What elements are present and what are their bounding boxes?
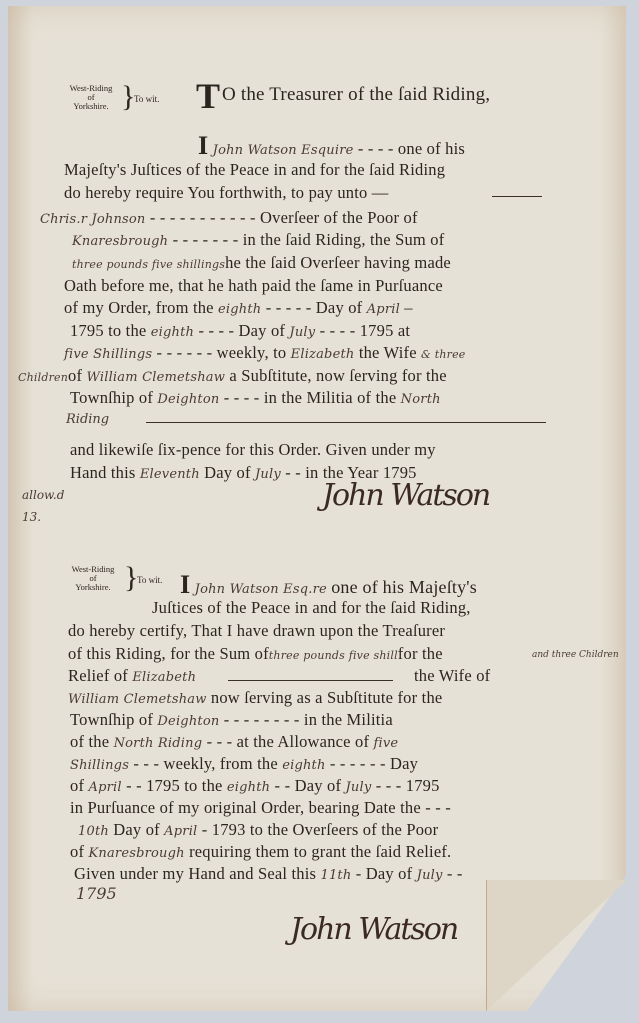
printed-text: Hand this [70, 463, 136, 482]
handwritten-place: Knaresbrough [88, 846, 184, 861]
handwritten-riding: Riding [66, 412, 109, 427]
text-line: Given under my Hand and Seal this 11th -… [74, 864, 463, 884]
printed-text: he the ſaid Overſeer having made [225, 253, 451, 272]
handwritten-name: William Clemetshaw [87, 370, 226, 385]
printed-text: Townſhip of [70, 388, 153, 407]
drop-cap-i: I [198, 131, 208, 160]
printed-text: - Day of [356, 864, 413, 883]
handwritten-allowance: five [374, 736, 399, 751]
margin-note: allow.d 13. [22, 484, 64, 528]
signature: John Watson [290, 912, 457, 947]
printed-text: the Wife [359, 343, 417, 362]
text-line: Riding [66, 410, 109, 428]
printed-text: for the [398, 644, 443, 663]
handwritten-month: July [345, 780, 371, 795]
handwritten-date: 11th [320, 868, 351, 883]
handwritten-name: Elizabeth [132, 670, 196, 685]
printed-text: - - - - Day of [198, 321, 285, 340]
drop-cap: T [196, 80, 220, 112]
text-line: Childrenof William Clemetshaw a Subſtitu… [18, 366, 447, 386]
printed-text: - - - - - - - - - - - Overſeer of the Po… [150, 208, 418, 227]
printed-text: Townſhip of [70, 710, 153, 729]
handwritten-year: 1795 [76, 884, 117, 903]
text-line: of April - - 1795 to the eighth - - Day … [70, 776, 440, 796]
blank-rule [146, 422, 546, 423]
handwritten-sum: three pounds five shill [269, 649, 398, 662]
printed-text: of the [70, 732, 109, 751]
text-line: Townſhip of Deighton - - - - - - - - in … [70, 710, 393, 730]
printed-text: - - - at the Allowance of [207, 732, 370, 751]
text-line: 10th Day of April - 1793 to the Overſeer… [78, 820, 438, 840]
handwritten-allowance: five Shillings [64, 347, 152, 362]
handwritten-date: Eleventh [140, 467, 200, 482]
text-line: Juſtices of the Peace in and for the ſai… [152, 598, 471, 618]
jurisdiction-block: West-Riding of Yorkshire. [60, 84, 122, 111]
printed-text: of this Riding, for the Sum of [68, 644, 269, 663]
signature: John Watson [322, 478, 489, 513]
text-line: Knaresbrough - - - - - - - in the ſaid R… [72, 230, 444, 250]
handwritten-name: William Clemetshaw [68, 692, 207, 707]
printed-text: – [404, 298, 412, 317]
handwritten-riding: North [401, 392, 441, 407]
handwritten-place: Deighton [157, 714, 219, 729]
text-line: 1795 to the eighth - - - - Day of July -… [70, 321, 410, 341]
handwritten-month: July [255, 467, 281, 482]
handwritten-date: 10th [78, 824, 109, 839]
printed-text: of my Order, from the [64, 298, 214, 317]
text-line: I John Watson Esq.re one of his Majeſty'… [180, 573, 477, 598]
handwritten-date: eighth [218, 302, 261, 317]
printed-text: Given under my Hand and Seal this [74, 864, 316, 883]
handwritten-date: eighth [282, 758, 325, 773]
printed-text: 1795 to the [70, 321, 146, 340]
jurisdiction-block: West-Riding of Yorkshire. [62, 565, 124, 592]
to-wit-label: To wit. [137, 575, 162, 585]
text-line: of the North Riding - - - at the Allowan… [70, 732, 398, 752]
printed-text: - - - - in the Militia of the [224, 388, 397, 407]
printed-text: - - - - 1795 at [320, 321, 411, 340]
text-line: the Wife of [414, 666, 490, 686]
printed-text: a Subſtitute, now ſerving for the [229, 366, 446, 385]
text-line: and likewiſe ſix-pence for this Order. G… [70, 440, 436, 460]
printed-text: - - - 1795 [376, 776, 440, 795]
text-line: do hereby require You forthwith, to pay … [64, 183, 389, 203]
text-line: five Shillings - - - - - - weekly, to El… [64, 343, 466, 363]
printed-text: of [68, 366, 82, 385]
printed-text: - - 1795 to the [126, 776, 222, 795]
heading: O the Treasurer of the ſaid Riding, [222, 84, 490, 106]
printed-text: - 1793 to the Overſeers of the Poor [202, 820, 439, 839]
jurisdiction-line: Yorkshire. [62, 583, 124, 592]
printed-text: - - - - - - weekly, to [157, 343, 287, 362]
text-line: Majeſty's Juſtices of the Peace in and f… [64, 160, 445, 180]
printed-text: - - - - - - - - in the Militia [224, 710, 393, 729]
text-line: in Purſuance of my original Order, beari… [70, 798, 451, 818]
folded-corner [486, 880, 627, 1011]
printed-text: Day of [113, 820, 160, 839]
handwritten-allowance: Shillings [70, 758, 129, 773]
handwritten-place: Knaresbrough [72, 234, 168, 249]
handwritten-month: July [417, 868, 443, 883]
handwritten-name: John Watson Esquire [213, 143, 354, 158]
handwritten-month: April [164, 824, 197, 839]
handwritten-name: Elizabeth [291, 347, 355, 362]
printed-text: - - - - - - Day [330, 754, 418, 773]
handwritten-name: John Watson Esq.re [195, 582, 327, 597]
handwritten-name: Chris.r Johnson [40, 212, 146, 227]
printed-text: one of his Majeſty's [331, 577, 477, 597]
printed-text: now ſerving as a Subſtitute for the [211, 688, 443, 707]
text-line: Shillings - - - weekly, from the eighth … [70, 754, 418, 774]
printed-text: Relief of [68, 666, 128, 685]
printed-text: of [70, 776, 84, 795]
handwritten-riding: North Riding [114, 736, 203, 751]
drop-cap-i: I [180, 570, 190, 599]
text-line: Oath before me, that he hath paid the ſa… [64, 276, 443, 296]
blank-rule [228, 680, 393, 681]
handwritten-sum: three pounds five shillings [72, 258, 225, 271]
text-line: of Knaresbrough requiring them to grant … [70, 842, 451, 862]
text-line: Townſhip of Deighton - - - - in the Mili… [70, 388, 441, 408]
margin-note-line: allow.d [22, 484, 64, 506]
handwritten-insert: Children [18, 371, 68, 384]
handwritten-insert: & three [421, 348, 465, 361]
printed-text: requiring them to grant the ſaid Relief. [189, 842, 451, 861]
handwritten-insert: and three Children [532, 650, 619, 660]
text-line: do hereby certify, That I have drawn upo… [68, 621, 445, 641]
handwritten-date: eighth [227, 780, 270, 795]
blank-rule [492, 196, 542, 197]
text-line: three pounds five shillingshe the ſaid O… [72, 253, 451, 273]
handwritten-date: eighth [151, 325, 194, 340]
handwritten-month: April [367, 302, 400, 317]
jurisdiction-line: Yorkshire. [60, 102, 122, 111]
margin-note-line: 13. [22, 506, 64, 528]
printed-text: - - Day of [275, 776, 342, 795]
to-wit-label: To wit. [134, 94, 159, 104]
handwritten-month: April [88, 780, 121, 795]
printed-text: - - - weekly, from the [133, 754, 277, 773]
text-line: William Clemetshaw now ſerving as a Subſ… [68, 688, 442, 708]
text-line: Relief of Elizabeth [68, 666, 196, 686]
printed-text: Day of [204, 463, 251, 482]
printed-text: of [70, 842, 84, 861]
text-line: Chris.r Johnson - - - - - - - - - - - Ov… [40, 208, 418, 228]
handwritten-place: Deighton [157, 392, 219, 407]
printed-text: - - - - one of his [358, 139, 465, 158]
printed-text: - - - - - Day of [266, 298, 363, 317]
text-line: I John Watson Esquire - - - - one of his [198, 134, 465, 159]
handwritten-month: July [289, 325, 315, 340]
text-line: of this Riding, for the Sum ofthree poun… [68, 644, 443, 664]
printed-text: - - - - - - - in the ſaid Riding, the Su… [173, 230, 445, 249]
text-line: of my Order, from the eighth - - - - - D… [64, 298, 413, 318]
printed-text: - - [447, 864, 463, 883]
